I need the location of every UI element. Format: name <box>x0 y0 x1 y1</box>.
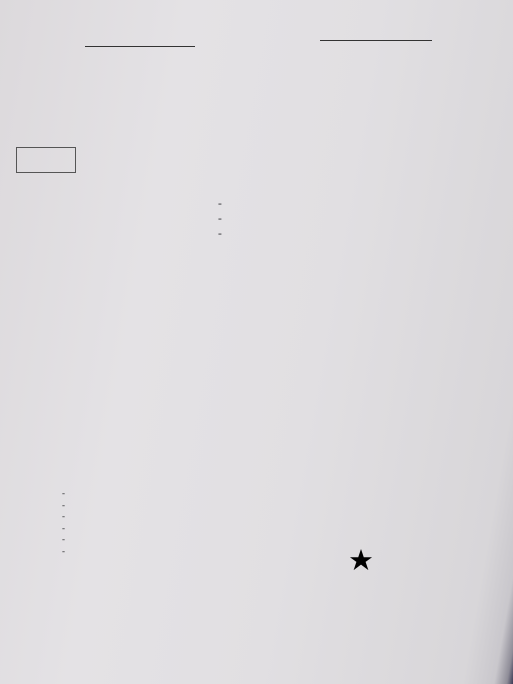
national-header <box>228 38 508 41</box>
document-body <box>66 253 474 257</box>
signature-icon <box>340 510 480 600</box>
recipient-item <box>218 227 236 242</box>
motto-underline <box>320 40 432 41</box>
issuer-header <box>60 44 220 47</box>
distribution-item <box>62 534 65 546</box>
distribution-list <box>62 488 65 557</box>
recipient-item <box>218 197 236 212</box>
document-page <box>0 0 513 684</box>
recipient-item <box>218 212 236 227</box>
distribution-item <box>62 523 65 535</box>
distribution-item <box>62 511 65 523</box>
distribution-item <box>62 500 65 512</box>
header-underline <box>85 46 195 47</box>
distribution-item <box>62 546 65 558</box>
recipient-list <box>218 197 236 242</box>
distribution-item <box>62 488 65 500</box>
urgency-badge <box>16 147 76 173</box>
